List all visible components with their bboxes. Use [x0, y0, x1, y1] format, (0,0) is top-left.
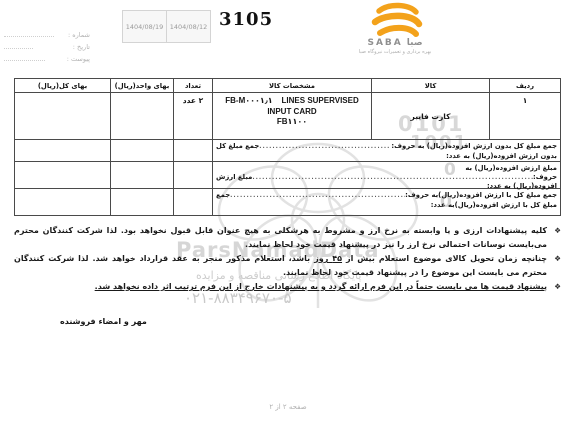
empty-cell: [174, 140, 213, 162]
saba-logo: SABA صبا بهره برداری و تعمیرات نیروگاه ص…: [350, 2, 440, 55]
date-cell-left: 1404/08/19: [122, 10, 167, 43]
empty-cell: [174, 189, 213, 215]
ref-number-label: شماره :: [68, 31, 90, 39]
col-header-total-price: بهای کل(ریال): [15, 79, 111, 93]
col-header-specs: مشخصات کالا: [213, 79, 372, 93]
items-table: بهای کل(ریال) بهای واحد(ریال) تعداد مشخص…: [14, 78, 561, 216]
page-number: صفحه ۲ از ۲: [0, 403, 576, 411]
ref-date-label: تاریخ :: [73, 43, 90, 51]
notes-section: ❖ کلیه پیشنهادات ارزی و یا وابسته به نرخ…: [14, 224, 562, 295]
summary-row-vat-amount: مبلغ ارزش افزوده(ریال) به حروف: ........…: [213, 162, 560, 189]
note-bullet-icon: ❖: [554, 224, 561, 238]
note-text: چنانچه زمان تحویل کالای موضوع استعلام بی…: [14, 254, 547, 277]
cell-qty: ۲ عدد: [174, 93, 213, 140]
ref-date-row: تاریخ :: [4, 39, 90, 51]
reference-block: شماره : تاریخ : پیوست :: [4, 27, 90, 63]
document-page: 0101 1001 0 0 ParsNamadData پایگاه اطلاع…: [0, 0, 576, 438]
spec-line-3: FB۱۱۰۰: [277, 117, 307, 128]
date-table: 1404/08/19 1404/08/12: [122, 10, 211, 43]
summary-text: مبلغ کل با ارزش افزوده(ریال)به عدد:: [216, 201, 557, 210]
col-header-item: کالا: [372, 79, 490, 93]
spec-line-1: FB-M۰۰۰۱٫۱ LINES SUPERVISED: [225, 96, 359, 107]
spec-line-2: INPUT CARD: [267, 107, 316, 118]
col-header-qty: تعداد: [174, 79, 213, 93]
empty-cell: [15, 140, 111, 162]
dotted-leader: ........................................…: [259, 143, 391, 152]
dotted-line: [4, 47, 33, 49]
dotted-leader: ........................................…: [230, 192, 405, 201]
col-header-unit-price: بهای واحد(ریال): [111, 79, 174, 93]
underlined-days: ۴۵ روز: [314, 254, 342, 263]
document-number: 3105: [219, 9, 273, 30]
summary-row-total-without-vat: جمع مبلغ کل بدون ارزش افزوده(ریال) به حر…: [213, 140, 560, 162]
summary-text: مبلغ ارزش: [216, 173, 252, 182]
summary-text: جمع: [216, 191, 230, 200]
cell-item-name: کارت فایبر: [372, 93, 490, 140]
empty-cell: [174, 162, 213, 189]
empty-cell: [15, 189, 111, 215]
seller-signature-label: مهر و امضاء فروشنده: [60, 317, 147, 326]
summary-text: جمع مبلغ کل بدون ارزش افزوده(ریال) به حر…: [391, 142, 557, 151]
empty-cell: [15, 162, 111, 189]
note-form-only: ❖ پیشنهاد قیمت ها می بایست حتماً در این …: [14, 280, 562, 294]
summary-text: بدون ارزش افزوده(ریال) به عدد:: [216, 152, 557, 161]
saba-wordmark: SABA صبا: [350, 38, 440, 48]
ref-number-row: شماره :: [4, 27, 90, 39]
note-delivery-time: ❖ چنانچه زمان تحویل کالای موضوع استعلام …: [14, 252, 562, 279]
ref-attachment-row: پیوست :: [4, 51, 90, 63]
empty-cell: [111, 162, 174, 189]
saba-latin-text: SABA: [367, 38, 402, 48]
saba-tagline: بهره برداری و تعمیرات نیروگاه صبا: [350, 49, 440, 55]
summary-text: حروف:: [533, 173, 557, 182]
summary-row-total-with-vat: جمع مبلغ کل با ارزش افزوده(ریال)به حروف:…: [213, 189, 560, 215]
cell-row-index: ۱: [490, 93, 560, 140]
summary-text: جمع مبلغ کل با ارزش افزوده(ریال)به حروف:: [405, 191, 557, 200]
saba-persian-text: صبا: [407, 38, 423, 48]
dotted-line: [4, 59, 45, 61]
dotted-leader: ........................................…: [252, 174, 533, 183]
empty-cell: [111, 189, 174, 215]
cell-specs: FB-M۰۰۰۱٫۱ LINES SUPERVISED INPUT CARD F…: [213, 93, 372, 140]
col-header-row: ردیف: [490, 79, 560, 93]
dotted-line: [4, 35, 54, 37]
note-bullet-icon: ❖: [554, 252, 561, 266]
saba-globe-icon: [367, 2, 423, 40]
summary-text: جمع مبلغ کل: [216, 142, 259, 151]
empty-cell: [111, 140, 174, 162]
cell-total-price: [15, 93, 111, 140]
ref-attachment-label: پیوست :: [67, 55, 90, 63]
date-cell-right: 1404/08/12: [167, 10, 211, 43]
note-text: کلیه پیشنهادات ارزی و یا وابسته به نرخ ا…: [14, 226, 547, 249]
note-currency: ❖ کلیه پیشنهادات ارزی و یا وابسته به نرخ…: [14, 224, 562, 251]
note-text: پیشنهاد قیمت ها می بایست حتماً در این فر…: [95, 282, 547, 291]
note-bullet-icon: ❖: [554, 280, 561, 294]
cell-unit-price: [111, 93, 174, 140]
summary-text: مبلغ ارزش افزوده(ریال) به: [216, 164, 557, 173]
